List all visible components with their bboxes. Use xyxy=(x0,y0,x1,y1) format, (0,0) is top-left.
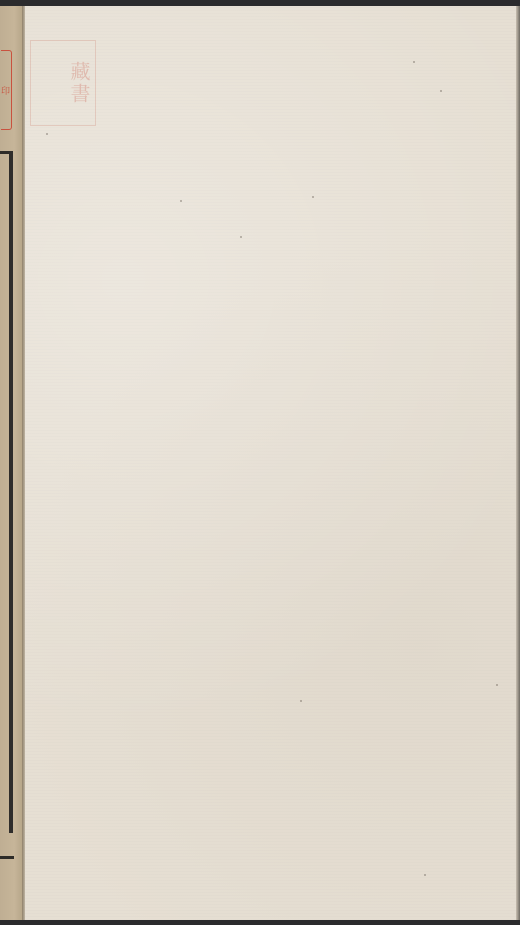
paper-speck xyxy=(413,61,415,63)
page-right-edge xyxy=(516,6,520,920)
paper-speck xyxy=(496,684,498,686)
viewer-bottom-border xyxy=(0,920,520,925)
paper-speck xyxy=(46,133,48,135)
paper-speck xyxy=(440,90,442,92)
paper-speck xyxy=(180,200,182,202)
print-frame-vertical-line xyxy=(9,151,13,833)
paper-speck xyxy=(424,874,426,876)
blank-page xyxy=(25,6,517,920)
paper-speck xyxy=(240,236,242,238)
paper-speck xyxy=(312,196,314,198)
faded-seal-offset: 藏書 xyxy=(30,40,96,126)
paper-speck xyxy=(300,700,302,702)
red-seal-stamp: 印 xyxy=(1,50,12,130)
print-frame-corner-bottom xyxy=(0,856,14,859)
